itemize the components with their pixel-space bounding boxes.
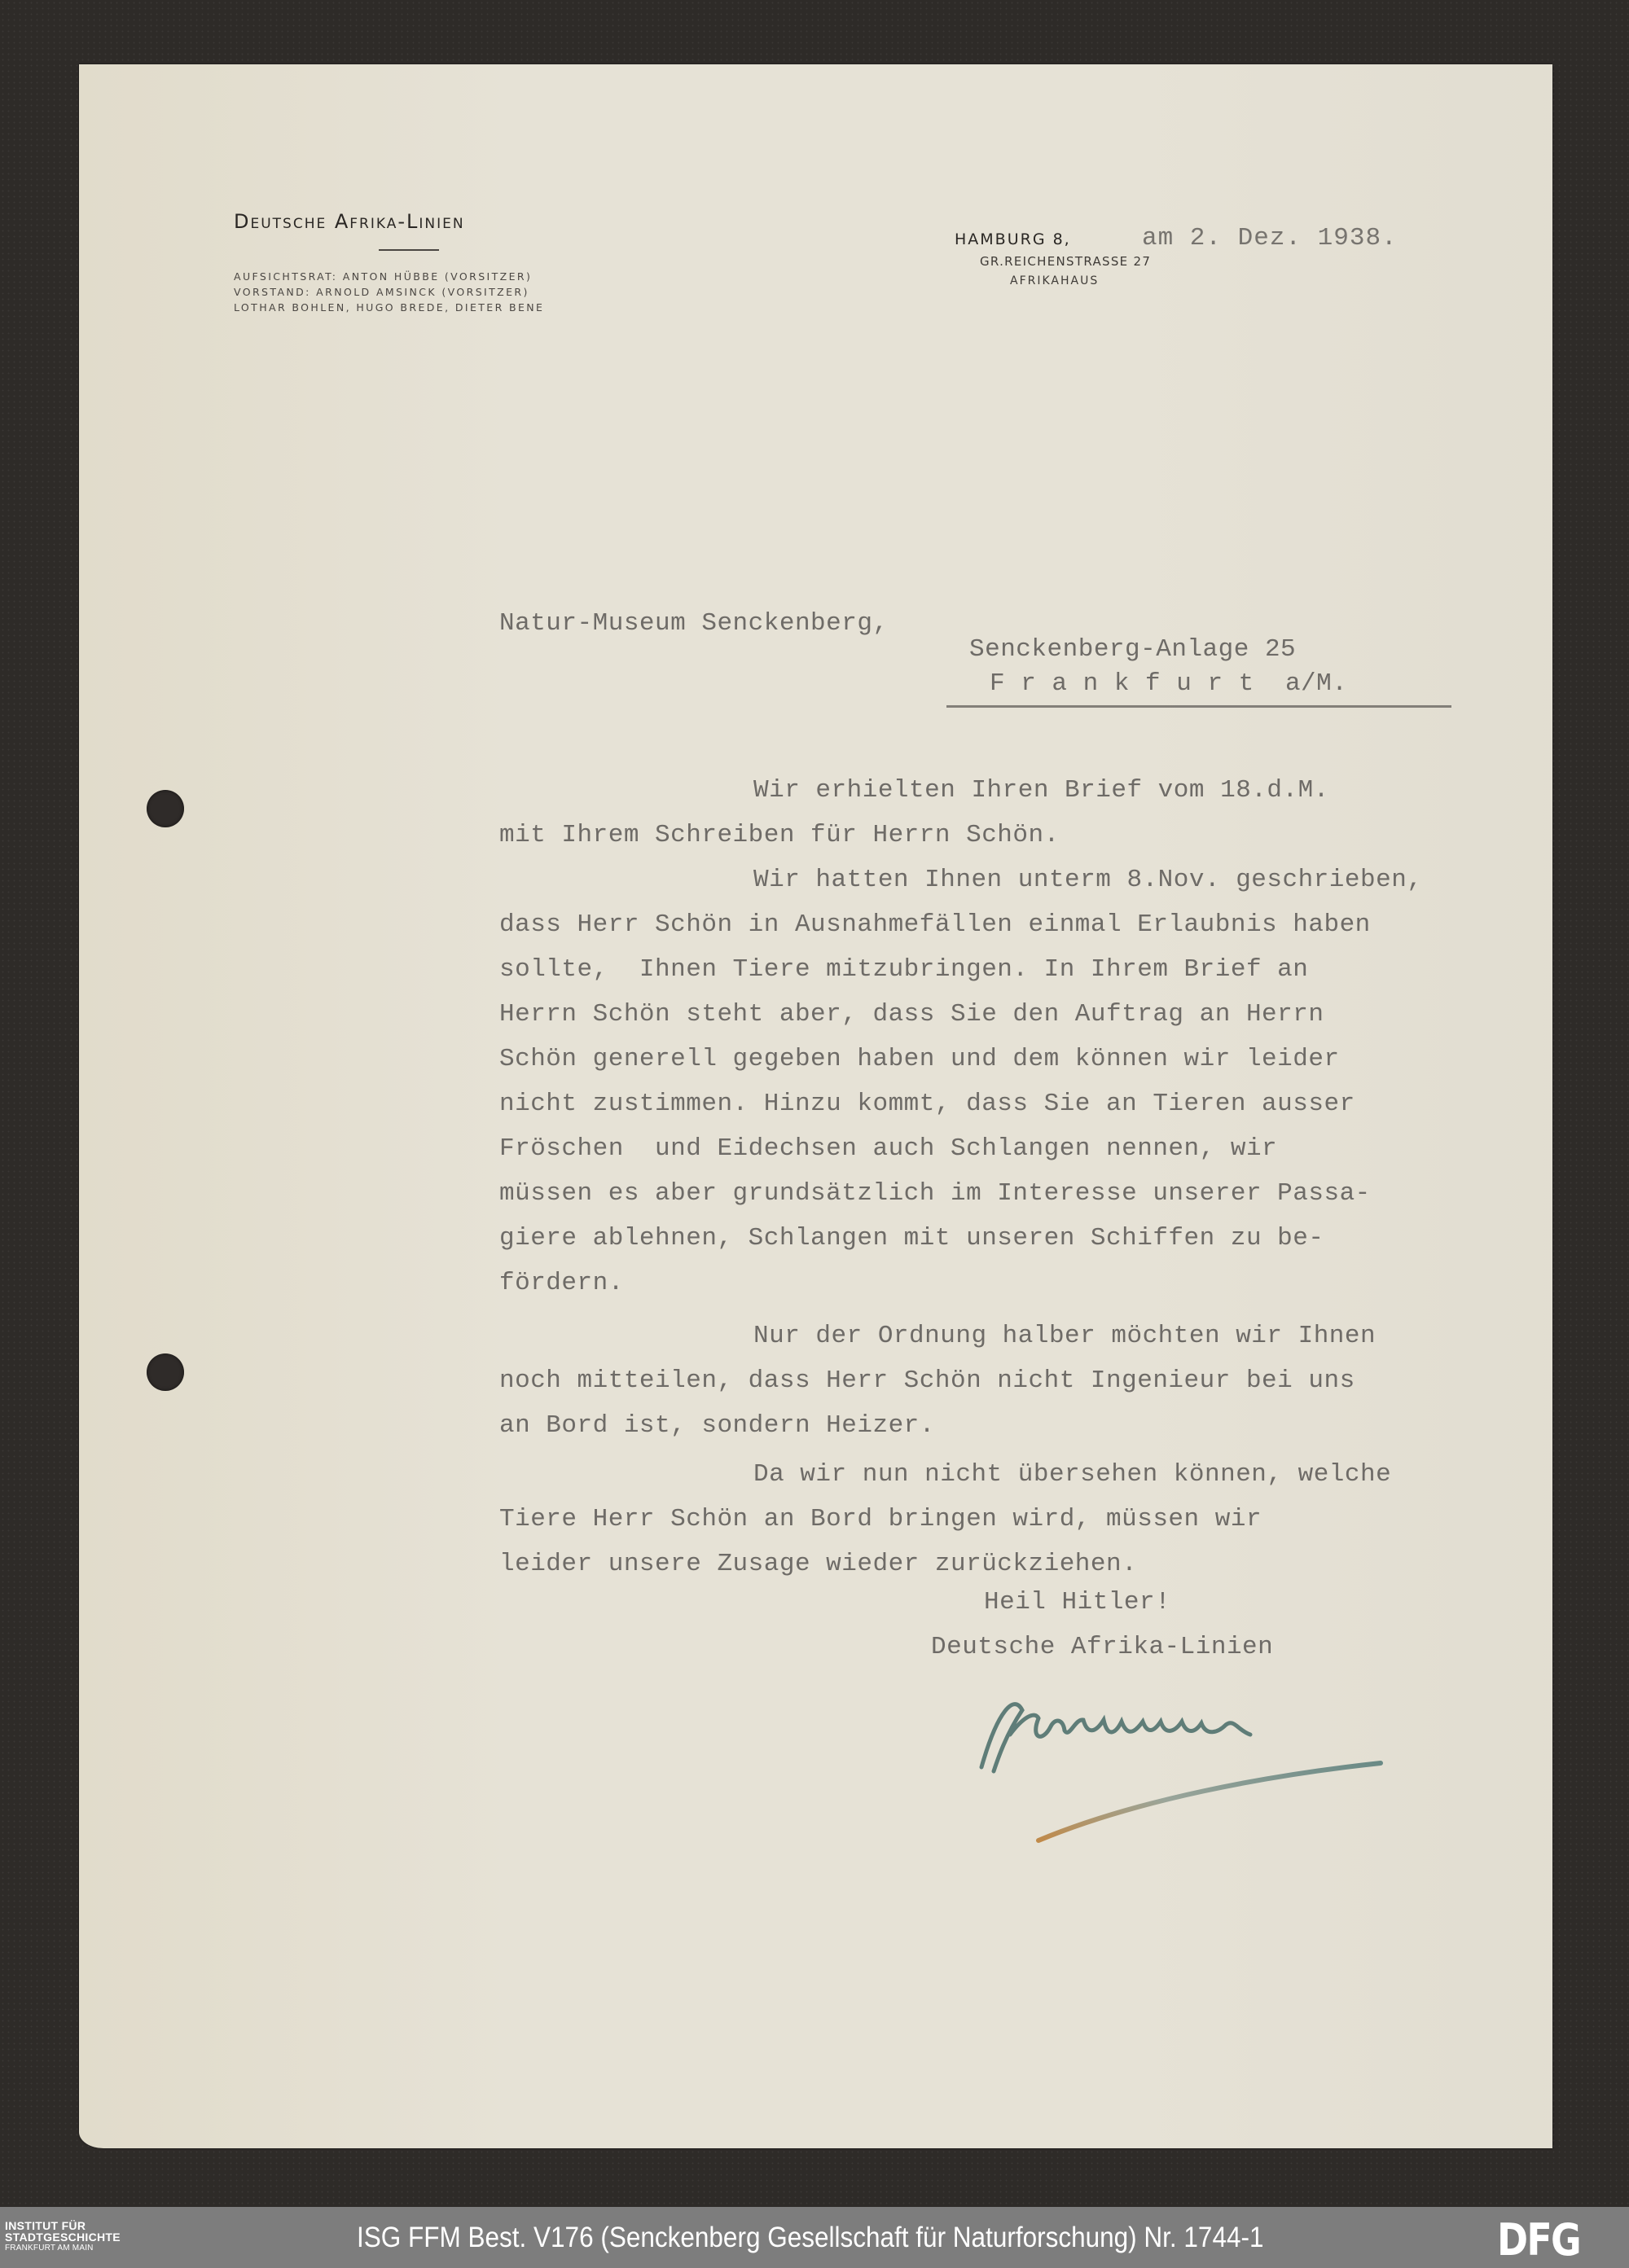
letterhead-board: AUFSICHTSRAT: ANTON HÜBBE (VORSITZER) VO… [234,269,544,315]
letterhead-divider [379,249,439,251]
archive-reference: ISG FFM Best. V176 (Senckenberg Gesellsc… [357,2222,1264,2254]
body-line: Nur der Ordnung halber möchten wir Ihnen [753,1322,1376,1350]
letterhead-city: HAMBURG 8, [955,230,1071,248]
recipient-street: Senckenberg-Anlage 25 [969,635,1296,664]
board-line: AUFSICHTSRAT: ANTON HÜBBE (VORSITZER) [234,269,544,284]
body-line: noch mitteilen, dass Herr Schön nicht In… [499,1367,1355,1395]
isg-logo: INSTITUT FÜR STADTGESCHICHTE FRANKFURT A… [5,2220,121,2254]
signature-icon [973,1661,1397,1857]
archive-caption-bar: INSTITUT FÜR STADTGESCHICHTE FRANKFURT A… [0,2207,1629,2268]
board-line: LOTHAR BOHLEN, HUGO BREDE, DIETER BENE [234,300,544,315]
body-line: Wir hatten Ihnen unterm 8.Nov. geschrieb… [753,866,1422,894]
punch-hole-bottom [147,1353,184,1391]
body-line: fördern. [499,1269,624,1297]
body-line: Wir erhielten Ihren Brief vom 18.d.M. [753,776,1329,805]
closing-salutation: Heil Hitler! [984,1588,1170,1617]
body-line: Schön generell gegeben haben und dem kön… [499,1045,1340,1073]
recipient-city: F r a n k f u r t a/M. [990,669,1347,698]
body-line: nicht zustimmen. Hinzu kommt, dass Sie a… [499,1090,1355,1118]
body-line: mit Ihrem Schreiben für Herrn Schön. [499,821,1060,849]
body-line: an Bord ist, sondern Heizer. [499,1411,935,1440]
letterhead-street: GR.REICHENSTRASSE 27 [980,254,1151,269]
body-line: Fröschen und Eidechsen auch Schlangen ne… [499,1134,1277,1163]
body-line: leider unsere Zusage wieder zurückziehen… [499,1550,1137,1578]
body-line: Da wir nun nicht übersehen können, welch… [753,1460,1391,1489]
body-line: Tiere Herr Schön an Bord bringen wird, m… [499,1505,1262,1533]
letter-date: am 2. Dez. 1938. [1142,224,1398,252]
punch-hole-top [147,790,184,827]
letterhead-building: AFRIKAHAUS [1010,274,1099,287]
dfg-logo: DFG [1497,2218,1580,2262]
body-line: giere ablehnen, Schlangen mit unseren Sc… [499,1224,1324,1252]
recipient-name: Natur-Museum Senckenberg, [499,609,889,638]
letterhead-company: Deutsche Afrika-Linien [234,210,465,233]
body-line: Herrn Schön steht aber, dass Sie den Auf… [499,1000,1324,1029]
recipient-underline [946,705,1451,708]
board-line: VORSTAND: ARNOLD AMSINCK (VORSITZER) [234,284,544,300]
closing-sender: Deutsche Afrika-Linien [931,1633,1273,1661]
body-line: dass Herr Schön in Ausnahmefällen einmal… [499,910,1371,939]
body-line: müssen es aber grundsätzlich im Interess… [499,1179,1371,1208]
body-line: sollte, Ihnen Tiere mitzubringen. In Ihr… [499,955,1308,984]
